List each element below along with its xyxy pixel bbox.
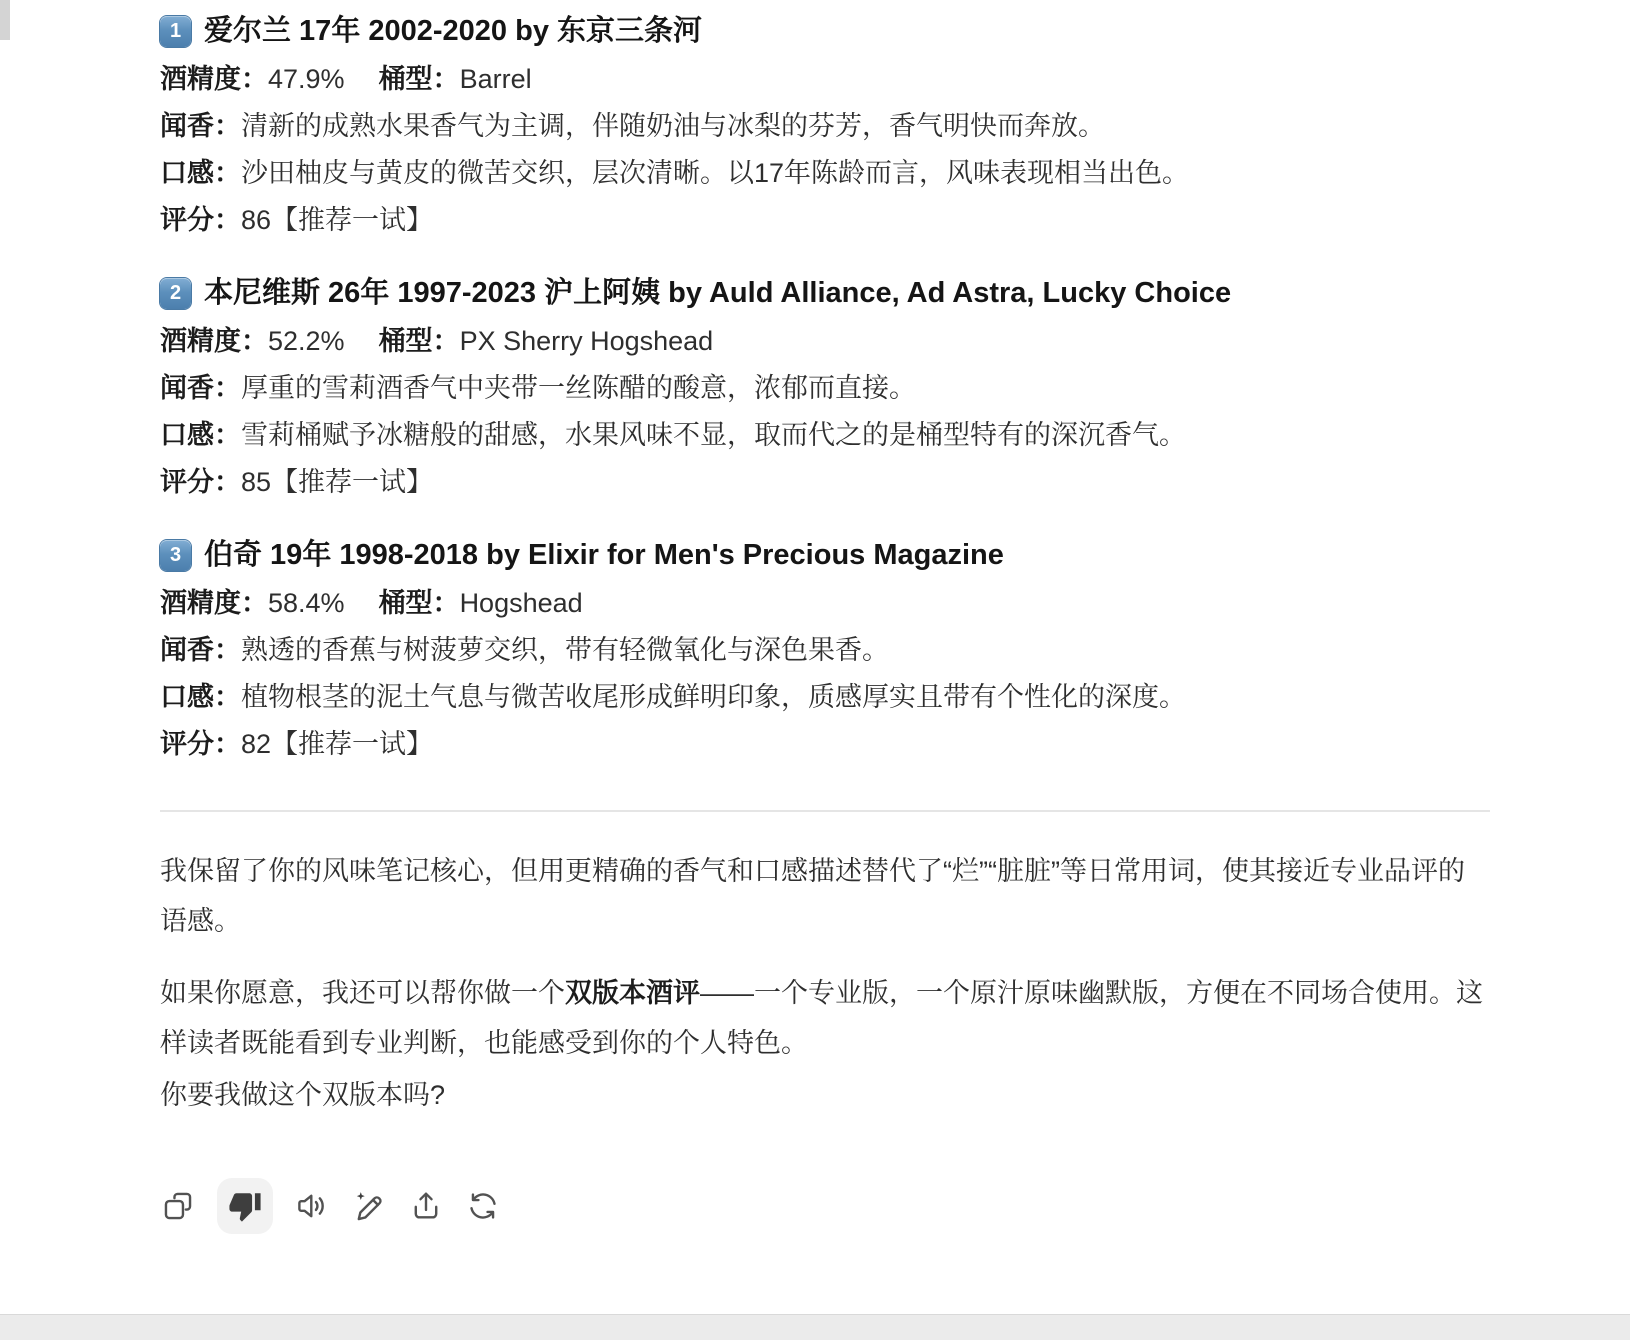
- palate-value: 植物根茎的泥土气息与微苦收尾形成鲜明印象，质感厚实且带有个性化的深度。: [241, 682, 1186, 712]
- entry-3-title-text: 伯奇 19年 1998-2018 by Elixir for Men's Pre…: [204, 538, 1004, 572]
- cask-value: PX Sherry Hogshead: [460, 326, 714, 356]
- closing-paragraph-1: 我保留了你的风味笔记核心，但用更精确的香气和口感描述替代了“烂”“脏脏”等日常用…: [160, 846, 1490, 946]
- abv-value: 47.9%: [268, 64, 345, 94]
- entry-2-title: 2 本尼维斯 26年 1997-2023 沪上阿姨 by Auld Allian…: [160, 276, 1490, 310]
- cask-value: Barrel: [460, 64, 532, 94]
- edit-button[interactable]: [351, 1188, 387, 1224]
- entry-3-palate-line: 口感：植物根茎的泥土气息与微苦收尾形成鲜明印象，质感厚实且带有个性化的深度。: [160, 682, 1490, 713]
- score-value: 82【推荐一试】: [241, 729, 433, 759]
- abv-label: 酒精度：: [160, 64, 268, 94]
- edit-pencil-icon: [352, 1189, 386, 1223]
- abv-value: 58.4%: [268, 588, 345, 618]
- palate-label: 口感：: [160, 682, 241, 712]
- entry-2-abv-line: 酒精度：52.2%桶型：PX Sherry Hogshead: [160, 326, 1490, 357]
- score-label: 评分：: [160, 205, 241, 235]
- closing-remarks: 我保留了你的风味笔记核心，但用更精确的香气和口感描述替代了“烂”“脏脏”等日常用…: [160, 846, 1490, 1120]
- whisky-entry-3: 3 伯奇 19年 1998-2018 by Elixir for Men's P…: [160, 538, 1490, 760]
- screen-edge-artifact: [0, 0, 10, 40]
- palate-label: 口感：: [160, 420, 241, 450]
- nose-value: 清新的成熟水果香气为主调，伴随奶油与冰梨的芬芳，香气明快而奔放。: [241, 111, 1105, 141]
- entry-1-title-text: 爱尔兰 17年 2002-2020 by 东京三条河: [204, 14, 702, 48]
- number-badge-icon: 3: [160, 540, 191, 571]
- entry-3-abv-line: 酒精度：58.4%桶型：Hogshead: [160, 588, 1490, 619]
- entry-2-palate-line: 口感：雪莉桶赋予冰糖般的甜感，水果风味不显，取而代之的是桶型特有的深沉香气。: [160, 420, 1490, 451]
- abv-value: 52.2%: [268, 326, 345, 356]
- section-divider: [160, 810, 1490, 812]
- whisky-entry-1: 1 爱尔兰 17年 2002-2020 by 东京三条河 酒精度：47.9%桶型…: [160, 14, 1490, 236]
- score-value: 85【推荐一试】: [241, 467, 433, 497]
- closing-question: 你要我做这个双版本吗?: [160, 1070, 1490, 1120]
- cask-value: Hogshead: [460, 588, 583, 618]
- share-button[interactable]: [408, 1188, 444, 1224]
- abv-label: 酒精度：: [160, 588, 268, 618]
- entry-1-palate-line: 口感：沙田柚皮与黄皮的微苦交织，层次清晰。以17年陈龄而言，风味表现相当出色。: [160, 158, 1490, 189]
- nose-value: 厚重的雪莉酒香气中夹带一丝陈醋的酸意，浓郁而直接。: [241, 373, 916, 403]
- share-upload-icon: [409, 1189, 443, 1223]
- thumbs-down-icon: [228, 1189, 262, 1223]
- cask-label: 桶型：: [379, 64, 460, 94]
- regenerate-button[interactable]: [465, 1188, 501, 1224]
- regenerate-icon: [466, 1189, 500, 1223]
- score-label: 评分：: [160, 729, 241, 759]
- closing-paragraph-2-bold: 双版本酒评: [565, 978, 700, 1008]
- entry-1-score-line: 评分：86【推荐一试】: [160, 205, 1490, 236]
- entry-2-score-line: 评分：85【推荐一试】: [160, 467, 1490, 498]
- entry-1-title: 1 爱尔兰 17年 2002-2020 by 东京三条河: [160, 14, 1490, 48]
- read-aloud-button[interactable]: [294, 1188, 330, 1224]
- nose-value: 熟透的香蕉与树菠萝交织，带有轻微氧化与深色果香。: [241, 635, 889, 665]
- thumbs-down-button[interactable]: [217, 1178, 273, 1234]
- score-value: 86【推荐一试】: [241, 205, 433, 235]
- entry-2-title-text: 本尼维斯 26年 1997-2023 沪上阿姨 by Auld Alliance…: [204, 276, 1231, 310]
- entry-2-nose-line: 闻香：厚重的雪莉酒香气中夹带一丝陈醋的酸意，浓郁而直接。: [160, 373, 1490, 404]
- cask-label: 桶型：: [379, 588, 460, 618]
- cask-label: 桶型：: [379, 326, 460, 356]
- whisky-entry-2: 2 本尼维斯 26年 1997-2023 沪上阿姨 by Auld Allian…: [160, 276, 1490, 498]
- nose-label: 闻香：: [160, 111, 241, 141]
- assistant-message: 1 爱尔兰 17年 2002-2020 by 东京三条河 酒精度：47.9%桶型…: [0, 0, 1630, 1234]
- entry-3-nose-line: 闻香：熟透的香蕉与树菠萝交织，带有轻微氧化与深色果香。: [160, 635, 1490, 666]
- nose-label: 闻香：: [160, 373, 241, 403]
- number-badge-icon: 1: [160, 16, 191, 47]
- closing-paragraph-2: 如果你愿意，我还可以帮你做一个双版本酒评——一个专业版，一个原汁原味幽默版，方便…: [160, 968, 1490, 1068]
- closing-paragraph-2-prefix: 如果你愿意，我还可以帮你做一个: [160, 978, 565, 1008]
- copy-icon: [161, 1189, 195, 1223]
- entry-3-score-line: 评分：82【推荐一试】: [160, 729, 1490, 760]
- speaker-icon: [295, 1189, 329, 1223]
- bottom-edge-band: [0, 1314, 1630, 1340]
- entry-1-abv-line: 酒精度：47.9%桶型：Barrel: [160, 64, 1490, 95]
- entry-1-nose-line: 闻香：清新的成熟水果香气为主调，伴随奶油与冰梨的芬芳，香气明快而奔放。: [160, 111, 1490, 142]
- abv-label: 酒精度：: [160, 326, 268, 356]
- nose-label: 闻香：: [160, 635, 241, 665]
- number-badge-icon: 2: [160, 278, 191, 309]
- palate-value: 沙田柚皮与黄皮的微苦交织，层次清晰。以17年陈龄而言，风味表现相当出色。: [241, 158, 1189, 188]
- copy-button[interactable]: [160, 1188, 196, 1224]
- message-action-toolbar: [160, 1178, 1490, 1234]
- palate-value: 雪莉桶赋予冰糖般的甜感，水果风味不显，取而代之的是桶型特有的深沉香气。: [241, 420, 1186, 450]
- entry-3-title: 3 伯奇 19年 1998-2018 by Elixir for Men's P…: [160, 538, 1490, 572]
- score-label: 评分：: [160, 467, 241, 497]
- palate-label: 口感：: [160, 158, 241, 188]
